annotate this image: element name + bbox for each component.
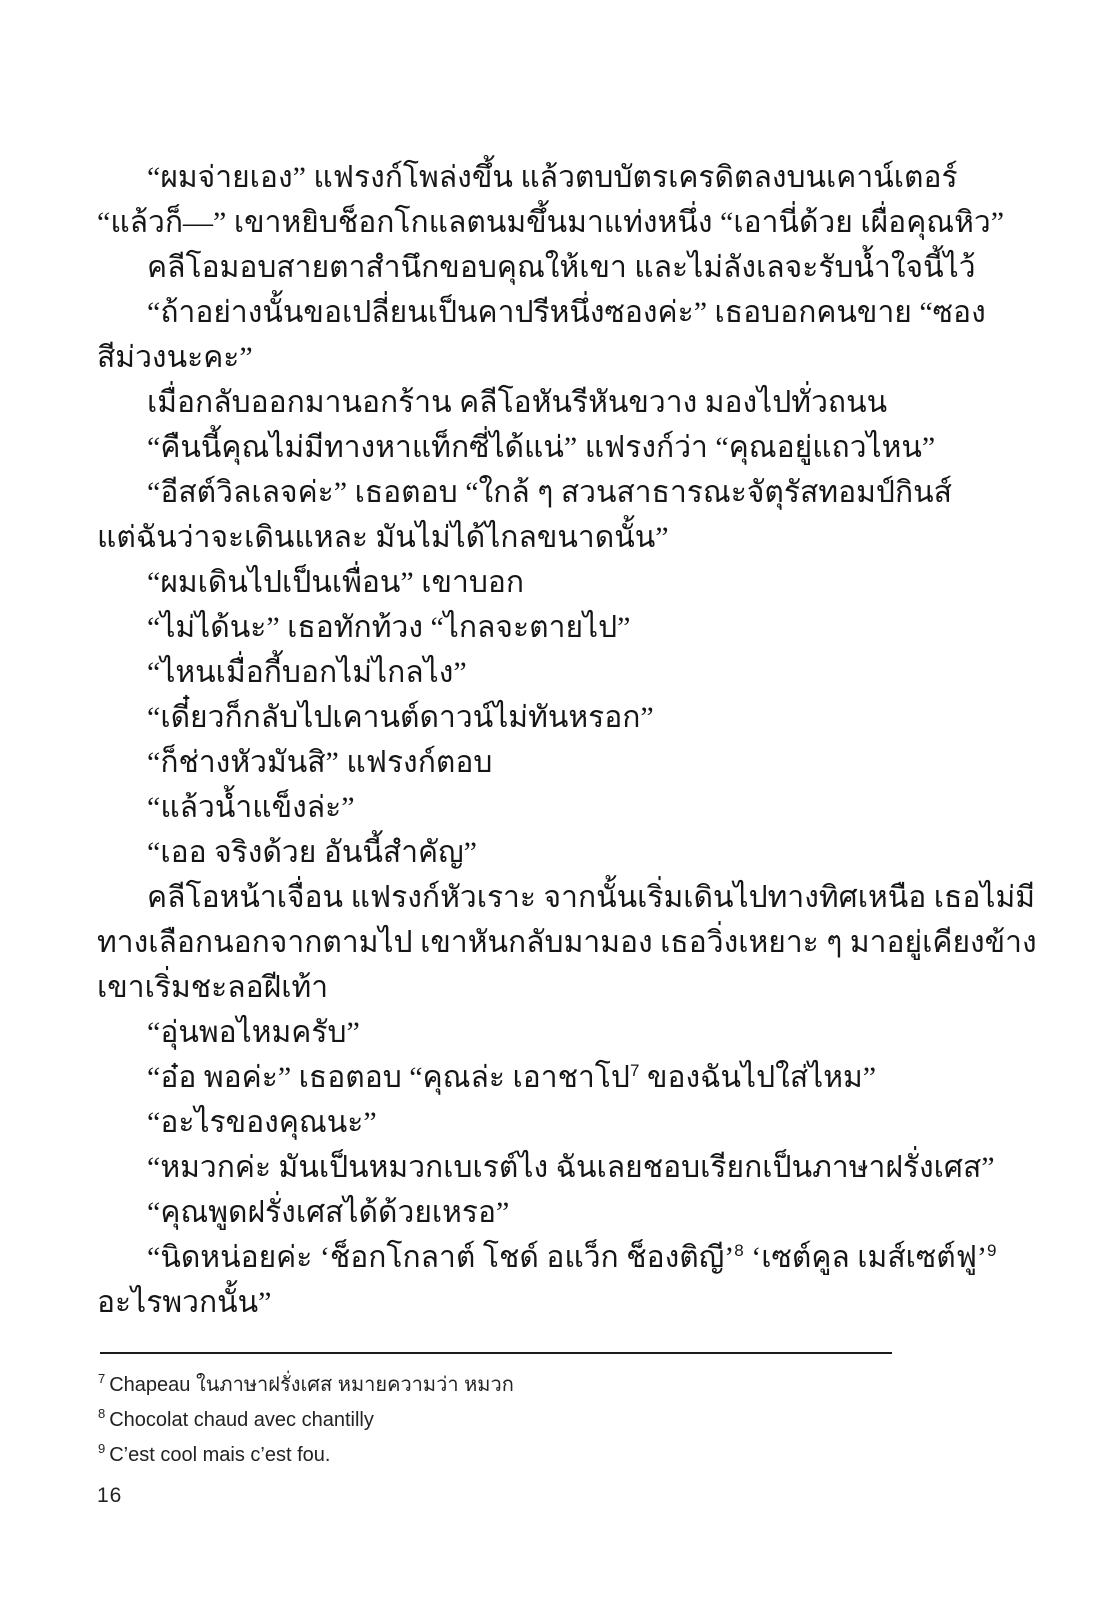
text-line: “ผมเดินไปเป็นเพื่อน” เขาบอก	[97, 560, 1012, 605]
book-page: “ผมจ่ายเอง” แฟรงก์โพล่งขึ้น แล้วตบบัตรเค…	[0, 0, 1109, 1621]
text-line: “ถ้าอย่างนั้นขอเปลี่ยนเป็นคาปรีหนึ่งซองค…	[97, 290, 1012, 335]
text-line: “อีสต์วิลเลจค่ะ” เธอตอบ “ใกล้ ๆ สวนสาธาร…	[97, 470, 1012, 515]
text-line: ทางเลือกนอกจากตามไป เขาหันกลับมามอง เธอว…	[97, 920, 1012, 965]
text-line: “ไหนเมื่อกี้บอกไม่ไกลไง”	[97, 650, 1012, 695]
footnote-reference: 9	[987, 1241, 996, 1260]
text-line: คลีโอมอบสายตาสำนึกขอบคุณให้เขา และไม่ลัง…	[97, 245, 1012, 290]
body-text: “ผมจ่ายเอง” แฟรงก์โพล่งขึ้น แล้วตบบัตรเค…	[97, 155, 1012, 1325]
footnote-reference: 7	[630, 1061, 639, 1080]
text-line: เขาเริ่มชะลอฝีเท้า	[97, 965, 1012, 1010]
text-line: “อุ่นพอไหมครับ”	[97, 1010, 1012, 1055]
text-line: “อะไรของคุณนะ”	[97, 1100, 1012, 1145]
footnote-marker: 7	[98, 1371, 105, 1386]
text-line: “หมวกค่ะ มันเป็นหมวกเบเรต์ไง ฉันเลยชอบเร…	[97, 1145, 1012, 1190]
text-line: “คุณพูดฝรั่งเศสได้ด้วยเหรอ”	[97, 1190, 1012, 1235]
text-line: เมื่อกลับออกมานอกร้าน คลีโอหันรีหันขวาง …	[97, 380, 1012, 425]
text-line: “ผมจ่ายเอง” แฟรงก์โพล่งขึ้น แล้วตบบัตรเค…	[97, 155, 1012, 200]
text-line: “อ๋อ พอค่ะ” เธอตอบ “คุณล่ะ เอาชาโป7 ของฉ…	[97, 1055, 1012, 1100]
text-line: “ไม่ได้นะ” เธอทักท้วง “ไกลจะตายไป”	[97, 605, 1012, 650]
text-line: “เออ จริงด้วย อันนี้สำคัญ”	[97, 830, 1012, 875]
page-number: 16	[97, 1484, 122, 1508]
footnote-marker: 8	[98, 1406, 105, 1421]
text-line: แต่ฉันว่าจะเดินแหละ มันไม่ได้ไกลขนาดนั้น…	[97, 515, 1012, 560]
footnote: 9C’est cool mais c’est fou.	[98, 1438, 998, 1473]
text-line: “แล้วน้ำแข็งล่ะ”	[97, 785, 1012, 830]
text-line: คลีโอหน้าเจื่อน แฟรงก์หัวเราะ จากนั้นเริ…	[97, 875, 1012, 920]
text-line: “คืนนี้คุณไม่มีทางหาแท็กซี่ได้แน่” แฟรงก…	[97, 425, 1012, 470]
text-line: “ก็ช่างหัวมันสิ” แฟรงก์ตอบ	[97, 740, 1012, 785]
footnote-marker: 9	[98, 1441, 105, 1456]
text-line: “เดี๋ยวก็กลับไปเคานต์ดาวน์ไม่ทันหรอก”	[97, 695, 1012, 740]
text-line: อะไรพวกนั้น”	[97, 1280, 1012, 1325]
footnotes: 7Chapeau ในภาษาฝรั่งเศส หมายความว่า หมวก…	[98, 1368, 998, 1473]
text-line: สีม่วงนะคะ”	[97, 335, 1012, 380]
footnote-reference: 8	[734, 1241, 743, 1260]
text-line: “แล้วก็—” เขาหยิบช็อกโกแลตนมขึ้นมาแท่งหน…	[97, 200, 1012, 245]
footnote: 8Chocolat chaud avec chantilly	[98, 1403, 998, 1438]
footnote-separator	[100, 1352, 892, 1354]
text-line: “นิดหน่อยค่ะ ‘ช็อกโกลาต์ โชด์ อแว็ก ช็อง…	[97, 1235, 1012, 1280]
footnote: 7Chapeau ในภาษาฝรั่งเศส หมายความว่า หมวก	[98, 1368, 998, 1403]
